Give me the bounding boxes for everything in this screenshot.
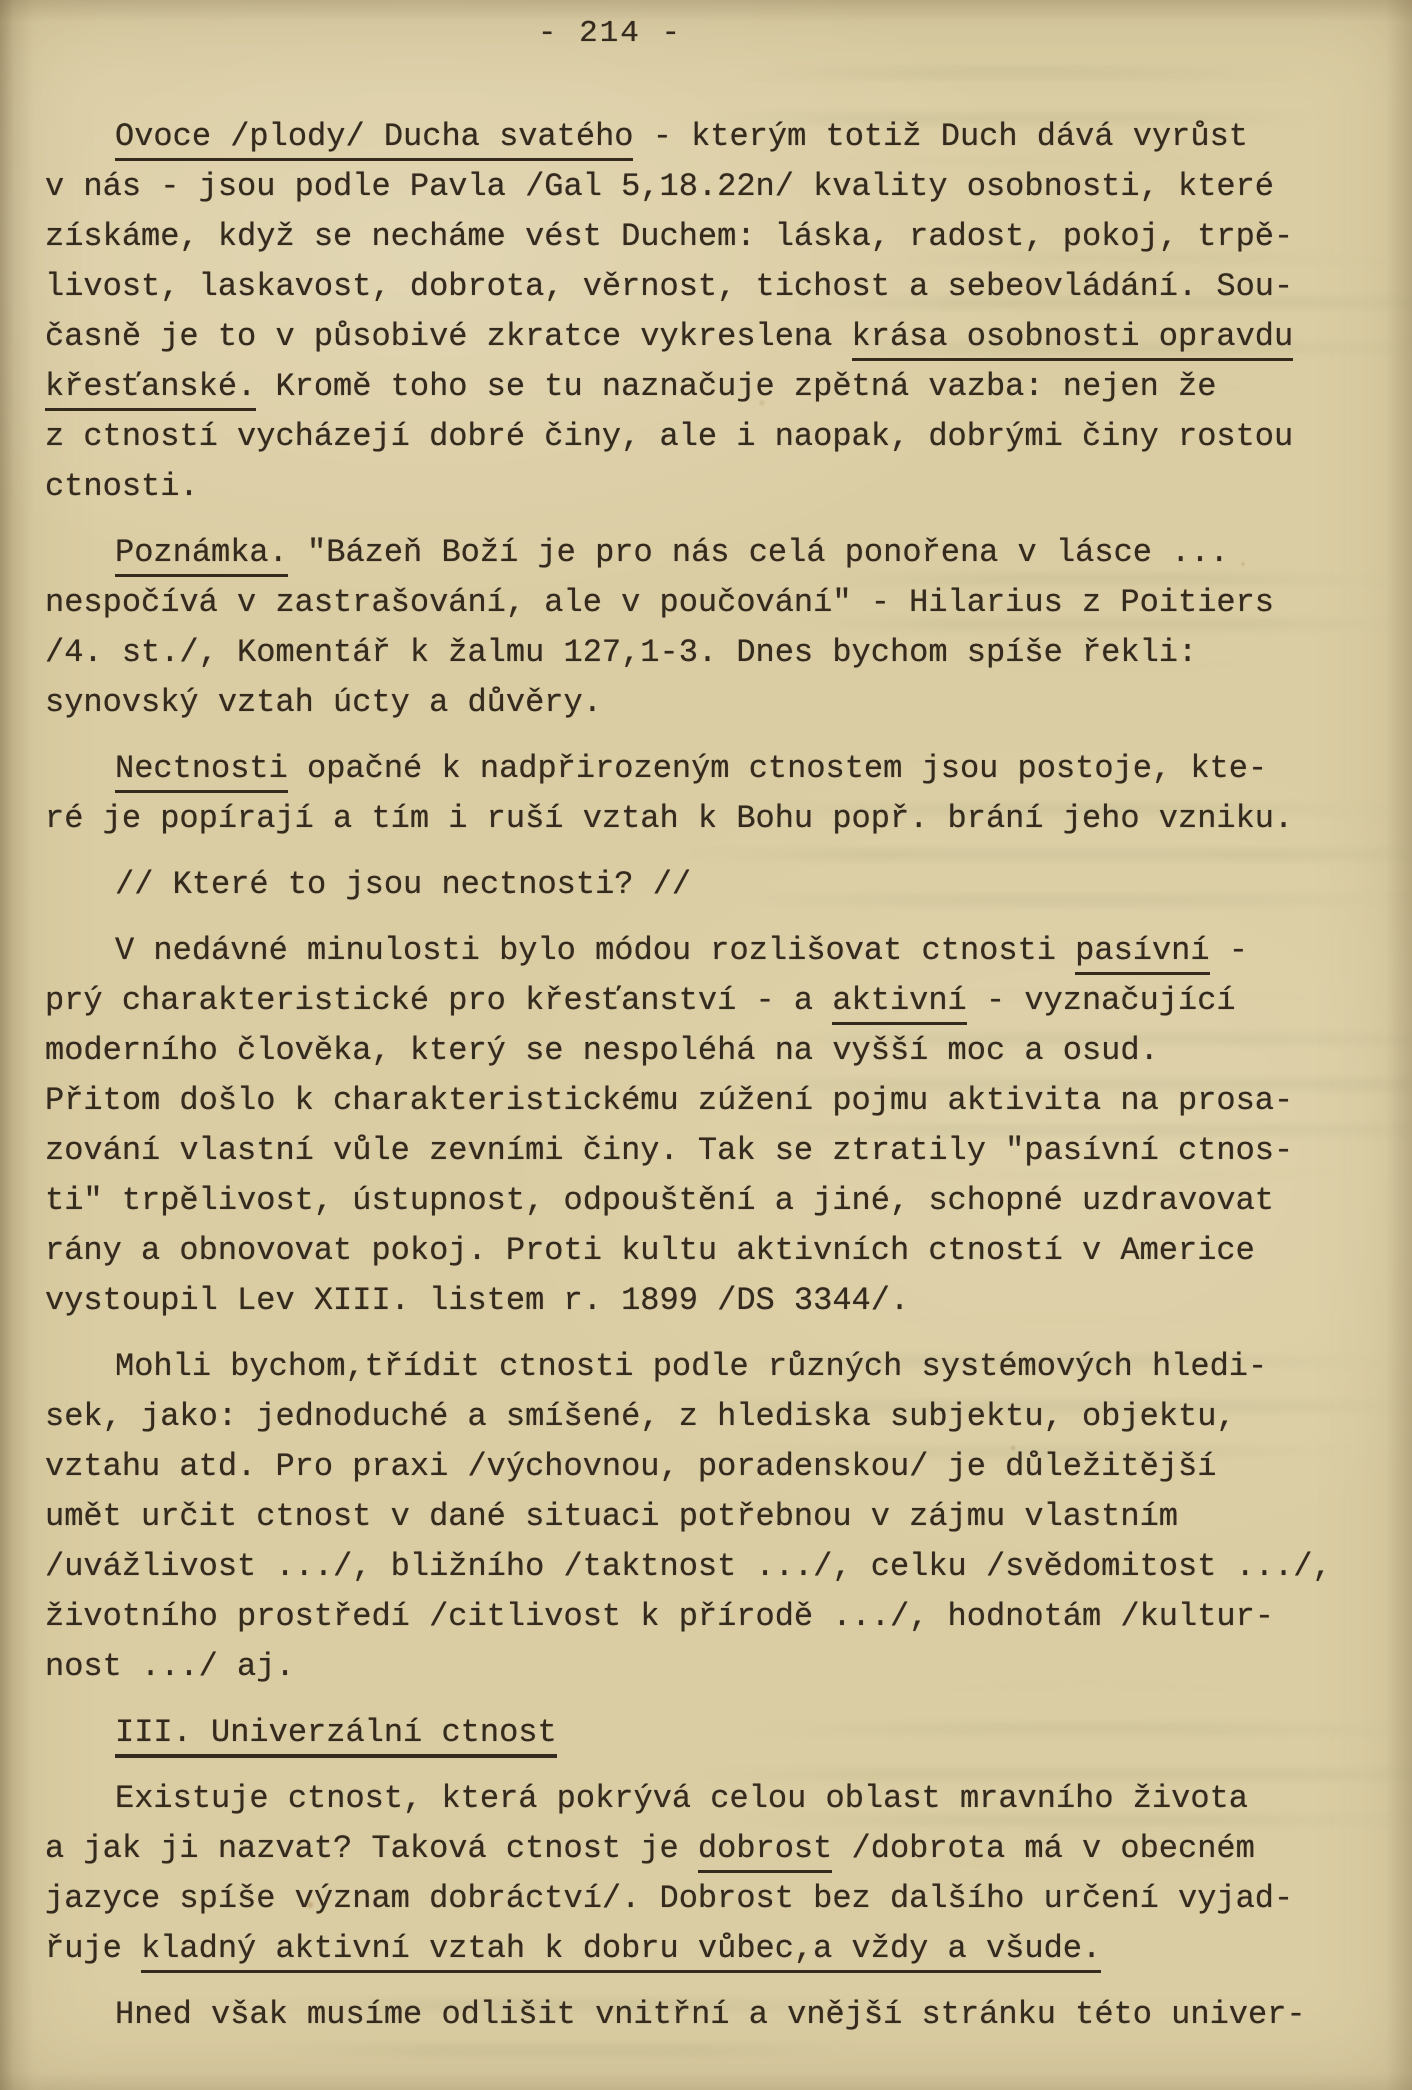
- text-line: /4. st./, Komentář k žalmu 127,1-3. Dnes…: [45, 628, 1400, 678]
- underlined-text: pasívní: [1075, 932, 1209, 975]
- text-line: umět určit ctnost v dané situaci potřebn…: [45, 1492, 1400, 1542]
- text-segment: opačné k nadpřirozeným ctnostem jsou pos…: [288, 750, 1267, 787]
- text-segment: ré je popírají a tím i ruší vztah k Bohu…: [45, 800, 1293, 837]
- text-line: z ctností vycházejí dobré činy, ale i na…: [45, 412, 1400, 462]
- underlined-text: III. Univerzální ctnost: [115, 1714, 557, 1758]
- paragraph-pasivni-aktivni: V nedávné minulosti bylo módou rozlišova…: [45, 926, 1400, 1326]
- text-segment: moderního člověka, který se nespoléhá na…: [45, 1032, 1159, 1069]
- paragraph-trideni-ctnosti: Mohli bychom,třídit ctnosti podle různýc…: [45, 1342, 1400, 1692]
- text-line: Přitom došlo k charakteristickému zúžení…: [45, 1076, 1400, 1126]
- underlined-text: Ovoce /plody/ Ducha svatého: [115, 118, 633, 161]
- text-segment: vystoupil Lev XIII. listem r. 1899 /DS 3…: [45, 1282, 909, 1319]
- text-segment: z ctností vycházejí dobré činy, ale i na…: [45, 418, 1293, 455]
- text-segment: získáme, když se necháme vést Duchem: lá…: [45, 218, 1293, 255]
- text-line: Nectnosti opačné k nadpřirozeným ctnoste…: [45, 744, 1400, 794]
- text-segment: // Které to jsou nectnosti? //: [115, 866, 691, 903]
- text-segment: ti" trpělivost, ústupnost, odpouštění a …: [45, 1182, 1274, 1219]
- text-segment: V nedávné minulosti bylo módou rozlišova…: [115, 932, 1075, 969]
- underlined-text: Poznámka.: [115, 534, 288, 577]
- text-line: v nás - jsou podle Pavla /Gal 5,18.22n/ …: [45, 162, 1400, 212]
- text-line: časně je to v působivé zkratce vykreslen…: [45, 312, 1400, 362]
- text-segment: livost, laskavost, dobrota, věrnost, tic…: [45, 268, 1293, 305]
- text-line: a jak ji nazvat? Taková ctnost je dobros…: [45, 1824, 1400, 1874]
- text-segment: Mohli bychom,třídit ctnosti podle různýc…: [115, 1348, 1267, 1385]
- text-segment: rány a obnovovat pokoj. Proti kultu akti…: [45, 1232, 1255, 1269]
- text-segment: "Bázeň Boží je pro nás celá ponořena v l…: [288, 534, 1229, 571]
- text-line: V nedávné minulosti bylo módou rozlišova…: [45, 926, 1400, 976]
- text-line: Poznámka. "Bázeň Boží je pro nás celá po…: [45, 528, 1400, 578]
- text-line: /uvážlivost .../, bližního /taktnost ...…: [45, 1542, 1400, 1592]
- text-line: rány a obnovovat pokoj. Proti kultu akti…: [45, 1226, 1400, 1276]
- scanned-page: - 214 - Ovoce /plody/ Ducha svatého - kt…: [0, 0, 1412, 2090]
- text-segment: a jak ji nazvat? Taková ctnost je: [45, 1830, 698, 1867]
- section-heading-universalni-ctnost: III. Univerzální ctnost: [45, 1708, 1400, 1758]
- text-line: sek, jako: jednoduché a smíšené, z hledi…: [45, 1392, 1400, 1442]
- text-line: synovský vztah úcty a důvěry.: [45, 678, 1400, 728]
- underlined-text: Nectnosti: [115, 750, 288, 793]
- text-line: ti" trpělivost, ústupnost, odpouštění a …: [45, 1176, 1400, 1226]
- text-line: Hned však musíme odlišit vnitřní a vnějš…: [45, 1990, 1400, 2040]
- text-segment: synovský vztah úcty a důvěry.: [45, 684, 602, 721]
- text-segment: jazyce spíše význam dobráctví/. Dobrost …: [45, 1880, 1293, 1917]
- text-segment: nost .../ aj.: [45, 1648, 295, 1685]
- text-line: III. Univerzální ctnost: [45, 1708, 1400, 1758]
- paragraph-dobrost: Existuje ctnost, která pokrývá celou obl…: [45, 1774, 1400, 1974]
- text-line: livost, laskavost, dobrota, věrnost, tic…: [45, 262, 1400, 312]
- paragraph-question: // Které to jsou nectnosti? //: [45, 860, 1400, 910]
- text-line: ctnosti.: [45, 462, 1400, 512]
- text-segment: - vyznačující: [967, 982, 1236, 1019]
- text-line: Ovoce /plody/ Ducha svatého - kterým tot…: [45, 112, 1400, 162]
- text-line: ré je popírají a tím i ruší vztah k Bohu…: [45, 794, 1400, 844]
- text-segment: sek, jako: jednoduché a smíšené, z hledi…: [45, 1398, 1236, 1435]
- text-segment: vztahu atd. Pro praxi /výchovnou, porade…: [45, 1448, 1216, 1485]
- text-line: křesťanské. Kromě toho se tu naznačuje z…: [45, 362, 1400, 412]
- text-segment: Přitom došlo k charakteristickému zúžení…: [45, 1082, 1293, 1119]
- text-line: // Které to jsou nectnosti? //: [45, 860, 1400, 910]
- text-line: jazyce spíše význam dobráctví/. Dobrost …: [45, 1874, 1400, 1924]
- underlined-text: křesťanské.: [45, 368, 256, 411]
- text-line: zování vlastní vůle zevními činy. Tak se…: [45, 1126, 1400, 1176]
- underlined-text: krása osobnosti opravdu: [852, 318, 1294, 361]
- text-line: prý charakteristické pro křesťanství - a…: [45, 976, 1400, 1026]
- paragraph-hned-vsak: Hned však musíme odlišit vnitřní a vnějš…: [45, 1990, 1400, 2040]
- text-segment: umět určit ctnost v dané situaci potřebn…: [45, 1498, 1178, 1535]
- text-segment: Kromě toho se tu naznačuje zpětná vazba:…: [256, 368, 1216, 405]
- text-segment: /4. st./, Komentář k žalmu 127,1-3. Dnes…: [45, 634, 1197, 671]
- text-segment: /uvážlivost .../, bližního /taktnost ...…: [45, 1548, 1332, 1585]
- text-line: nost .../ aj.: [45, 1642, 1400, 1692]
- text-line: vystoupil Lev XIII. listem r. 1899 /DS 3…: [45, 1276, 1400, 1326]
- text-line: nespočívá v zastrašování, ale v poučován…: [45, 578, 1400, 628]
- text-line: vztahu atd. Pro praxi /výchovnou, porade…: [45, 1442, 1400, 1492]
- text-line: Mohli bychom,třídit ctnosti podle různýc…: [45, 1342, 1400, 1392]
- text-segment: -: [1210, 932, 1248, 969]
- text-segment: prý charakteristické pro křesťanství - a: [45, 982, 832, 1019]
- underlined-text: aktivní: [832, 982, 966, 1025]
- page-number: - 214 -: [0, 0, 1316, 56]
- text-segment: zování vlastní vůle zevními činy. Tak se…: [45, 1132, 1293, 1169]
- paragraph-poznamka: Poznámka. "Bázeň Boží je pro nás celá po…: [45, 528, 1400, 728]
- underlined-text: dobrost: [698, 1830, 832, 1873]
- document-body: Ovoce /plody/ Ducha svatého - kterým tot…: [0, 112, 1412, 2040]
- text-segment: životního prostředí /citlivost k přírodě…: [45, 1598, 1274, 1635]
- text-segment: nespočívá v zastrašování, ale v poučován…: [45, 584, 1274, 621]
- text-segment: - kterým totiž Duch dává vyrůst: [633, 118, 1248, 155]
- paragraph-ovoce-ducha: Ovoce /plody/ Ducha svatého - kterým tot…: [45, 112, 1400, 512]
- text-segment: Hned však musíme odlišit vnitřní a vnějš…: [115, 1996, 1306, 2033]
- text-line: řuje kladný aktivní vztah k dobru vůbec,…: [45, 1924, 1400, 1974]
- text-line: moderního člověka, který se nespoléhá na…: [45, 1026, 1400, 1076]
- text-segment: v nás - jsou podle Pavla /Gal 5,18.22n/ …: [45, 168, 1274, 205]
- text-segment: ctnosti.: [45, 468, 199, 505]
- text-segment: Existuje ctnost, která pokrývá celou obl…: [115, 1780, 1248, 1817]
- text-segment: časně je to v působivé zkratce vykreslen…: [45, 318, 852, 355]
- paragraph-nectnosti: Nectnosti opačné k nadpřirozeným ctnoste…: [45, 744, 1400, 844]
- text-segment: /dobrota má v obecném: [832, 1830, 1254, 1867]
- text-line: získáme, když se necháme vést Duchem: lá…: [45, 212, 1400, 262]
- underlined-text: kladný aktivní vztah k dobru vůbec,a vžd…: [141, 1930, 1101, 1973]
- text-line: životního prostředí /citlivost k přírodě…: [45, 1592, 1400, 1642]
- text-segment: řuje: [45, 1930, 141, 1967]
- text-line: Existuje ctnost, která pokrývá celou obl…: [45, 1774, 1400, 1824]
